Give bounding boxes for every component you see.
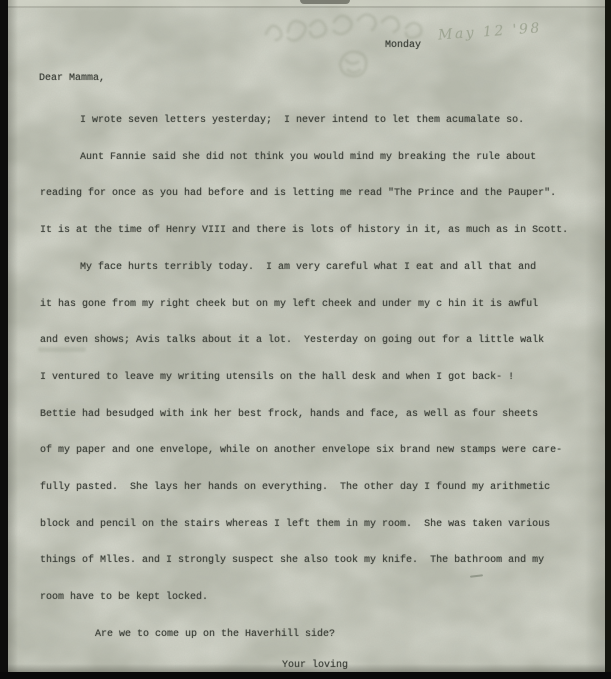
scan-edge-left (0, 0, 8, 679)
letter-line: things of Mlles. and I strongly suspect … (40, 554, 544, 567)
handwritten-date: May 12 '98 (438, 20, 543, 43)
letter-line: fully pasted. She lays her hands on ever… (40, 481, 550, 494)
letter-line: It is at the time of Henry VIII and ther… (40, 224, 568, 237)
letter-line: and even shows; Avis talks about it a lo… (40, 334, 544, 347)
letter-line: Bettie had besudged with ink her best fr… (40, 408, 538, 421)
letter-line: of my paper and one envelope, while on a… (40, 444, 562, 457)
letter-line: room have to be kept locked. (40, 591, 208, 604)
signoff: Your loving (282, 659, 348, 672)
letter-line: I ventured to leave my writing utensils … (40, 371, 514, 384)
salutation: Dear Mamma, (39, 72, 105, 85)
letter-line: Aunt Fannie said she did not think you w… (80, 151, 536, 164)
letter-line: My face hurts terribly today. I am very … (80, 261, 536, 274)
letter-line: it has gone from my right cheek but on m… (40, 298, 538, 311)
letter-line: I wrote seven letters yesterday; I never… (80, 114, 524, 127)
scan-edge-bottom (0, 672, 611, 679)
letter-line: block and pencil on the stairs whereas I… (40, 518, 550, 531)
scan-edge-right (605, 0, 611, 679)
paper-top-notch (300, 0, 350, 4)
paper-left-shading (8, 0, 18, 672)
paper-right-shading (585, 0, 605, 672)
pencil-dash-mark (470, 574, 483, 578)
paper-top-crease (8, 6, 605, 8)
dateline: Monday (385, 39, 421, 52)
scanned-letter-page: May 12 '98 Monday Dear Mamma, I wrote se… (0, 0, 611, 679)
ink-smudge (38, 347, 86, 352)
letter-paper: May 12 '98 Monday Dear Mamma, I wrote se… (8, 0, 605, 672)
letter-line: reading for once as you had before and i… (40, 187, 556, 200)
letter-line: Are we to come up on the Haverhill side? (95, 628, 335, 641)
